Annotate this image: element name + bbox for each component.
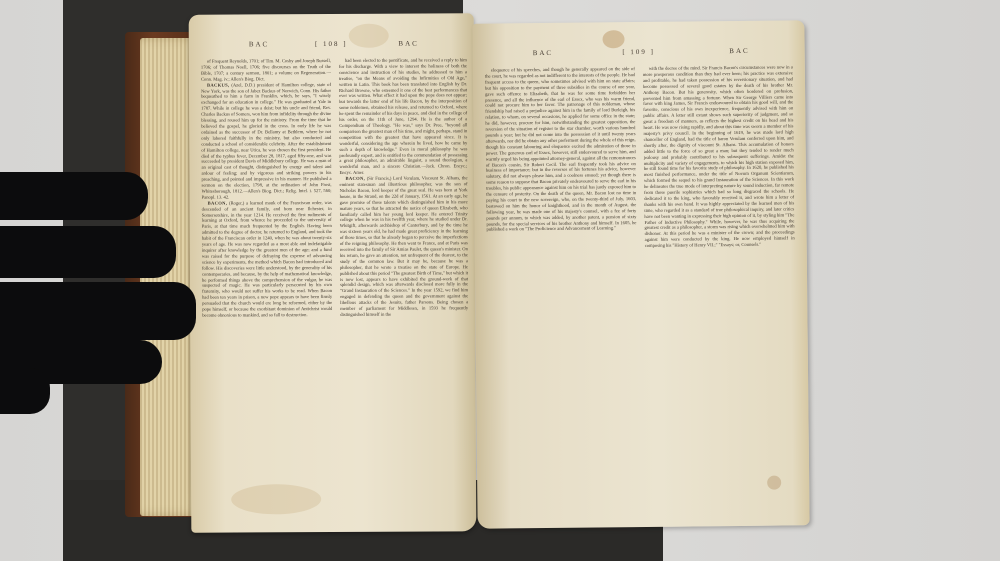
entry-paragraph: BACON, (Roger,) a learned monk of the Fr… [202, 200, 333, 319]
entry-paragraph: BACON, (Sir Francis,) Lord Verulam, Visc… [339, 175, 468, 317]
running-header: BAC [ 109 ] BAC [473, 46, 805, 63]
foxing-stain [602, 30, 624, 48]
paragraph: of Frequent Reynolds, 1701; of Tim. M. C… [201, 58, 331, 82]
paragraph: eloquence of his speeches, and though he… [485, 66, 637, 233]
running-header: BAC [ 108 ] BAC [189, 39, 474, 54]
right-page: BAC [ 109 ] BAC eloquence of his speeche… [472, 20, 809, 528]
left-page: BAC [ 108 ] BAC of Frequent Reynolds, 17… [189, 13, 477, 532]
header-right: BAC [729, 47, 749, 55]
text-column-right: had been elected to the pontificate, and… [339, 57, 469, 498]
page-number: [ 108 ] [315, 40, 348, 48]
header-left: BAC [533, 49, 553, 57]
text-column-left: of Frequent Reynolds, 1701; of Tim. M. C… [201, 58, 333, 499]
entry-heading: BACON, [208, 200, 228, 205]
page-number: [ 109 ] [622, 48, 655, 56]
paragraph: had been elected to the pontificate, and… [339, 57, 468, 176]
text-column-left: eloquence of his speeches, and though he… [485, 66, 639, 486]
entry-paragraph: BACKUS, (Azel, D.D.) president of Hamilt… [201, 82, 332, 201]
text-column-right: with the decree of the mind. Sir Francis… [643, 64, 797, 484]
glove-finger [0, 172, 148, 220]
entry-heading: BACON, [345, 176, 365, 181]
gloved-hand [0, 172, 200, 412]
glove-finger [0, 282, 196, 340]
entry-heading: BACKUS, [207, 82, 229, 87]
paragraph: with the decree of the mind. Sir Francis… [643, 64, 795, 249]
book-photograph: BAC [ 108 ] BAC of Frequent Reynolds, 17… [0, 0, 1000, 561]
glove-finger [0, 226, 176, 278]
header-left: BAC [249, 40, 269, 48]
glove-thumb [0, 368, 50, 414]
header-right: BAC [398, 40, 418, 48]
